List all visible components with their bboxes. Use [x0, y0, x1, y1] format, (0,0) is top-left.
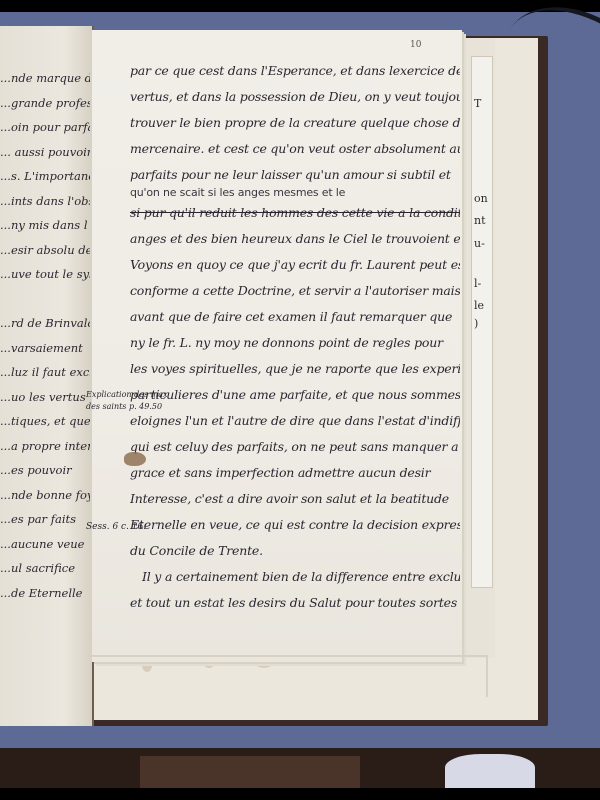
left-line: ...nde marque de	[0, 66, 90, 91]
left-line: ...oin pour parfai	[0, 115, 90, 140]
text-line: vertus, et dans la possession de Dieu, o…	[130, 84, 460, 110]
text-line-partly-struck: anges et des bien heureux dans le Ciel l…	[130, 226, 460, 252]
bottom-black-bar	[0, 788, 600, 800]
paragraph-start: Il y a certainement bien de la differenc…	[130, 564, 460, 590]
white-cloth	[445, 754, 535, 788]
left-line: ...es pouvoir	[0, 458, 90, 483]
left-line: ...ints dans l'obscu	[0, 189, 90, 214]
left-line: ...a propre interes	[0, 434, 90, 459]
right-page: 10 par ce que cest dans l'Esperance, et …	[92, 30, 462, 662]
slip-glyph: )	[474, 317, 478, 330]
text-line: du Concile de Trente.	[130, 538, 460, 564]
text-line: Interesse, c'est a dire avoir son salut …	[130, 486, 460, 512]
left-page-text: ...nde marque de ...grande profes ...oin…	[0, 66, 90, 605]
struck-text-line: si pur qu'il reduit les hommes des cette…	[130, 200, 460, 226]
left-line: ...tiques, et que dan	[0, 409, 90, 434]
slip-glyph: u-	[474, 237, 485, 250]
left-line: ...luz il faut exclu	[0, 360, 90, 385]
text-line: qui est celuy des parfaits, on ne peut s…	[130, 434, 460, 460]
inserted-slip: T on nt u- l- le )	[471, 56, 493, 588]
left-line: ...uo les vertus	[0, 385, 90, 410]
left-line: ...ny mis dans l	[0, 213, 90, 238]
leaf-edge	[463, 48, 464, 648]
slip-glyph: l-	[474, 277, 481, 290]
text-line: Eternelle en veue, ce qui est contre la …	[130, 512, 460, 538]
text-line: par ce que cest dans l'Esperance, et dan…	[130, 58, 460, 84]
text-line: grace et sans imperfection admettre aucu…	[130, 460, 460, 486]
table-edge	[0, 748, 600, 788]
text-line: avant que de faire cet examen il faut re…	[130, 304, 460, 330]
top-black-bar	[0, 0, 600, 12]
marginal-note: des saints p. 49.50	[86, 402, 162, 412]
text-line: particulieres d'une ame parfaite, et que…	[130, 382, 460, 408]
page-frame-edge	[88, 655, 488, 697]
text-line: les voyes spirituelles, que je ne raport…	[130, 356, 460, 382]
interlinear-insertion: qu'on ne scait si les anges mesmes et le	[130, 186, 460, 200]
text-line: ny le fr. L. ny moy ne donnons point de …	[130, 330, 460, 356]
text-line: et tout un estat les desirs du Salut pou…	[130, 590, 460, 616]
folio-number: 10	[410, 40, 421, 50]
left-line: ...de Eternelle	[0, 581, 90, 606]
left-line: ...grande profes	[0, 91, 90, 116]
text-line: eloignes l'un et l'autre de dire que dan…	[130, 408, 460, 434]
left-line: ...es par faits	[0, 507, 90, 532]
left-line	[0, 287, 90, 312]
wood-surface	[140, 756, 360, 788]
text-line: conforme a cette Doctrine, et servir a l…	[130, 278, 460, 304]
left-line: ...rd de Brinvalo	[0, 311, 90, 336]
manuscript-text: par ce que cest dans l'Esperance, et dan…	[130, 58, 460, 616]
left-line: ...nde bonne foy	[0, 483, 90, 508]
left-line: ...varsaiement	[0, 336, 90, 361]
left-line: ...aucune veue	[0, 532, 90, 557]
slip-glyph: T	[474, 97, 481, 110]
text-line: mercenaire. et cest ce qu'on veut oster …	[130, 136, 460, 162]
text-line: parfaits pour ne leur laisser qu'un amou…	[130, 162, 460, 188]
text-line: trouver le bien propre de la creature qu…	[130, 110, 460, 136]
marginal-citation: Sess. 6 c. 16.	[86, 522, 146, 532]
left-line: ...esir absolu de	[0, 238, 90, 263]
left-page: ...nde marque de ...grande profes ...oin…	[0, 26, 94, 726]
paragraph-start: Voyons en quoy ce que j'ay ecrit du fr. …	[130, 252, 460, 278]
left-line: ...s. L'importance	[0, 164, 90, 189]
slip-glyph: le	[474, 299, 484, 312]
slip-glyph: nt	[474, 214, 486, 227]
slip-glyph: on	[474, 192, 488, 205]
left-line: ... aussi pouvoir	[0, 140, 90, 165]
left-line: ...ul sacrifice	[0, 556, 90, 581]
marginal-note: Explication des max	[86, 390, 168, 400]
left-line: ...uve tout le syste	[0, 262, 90, 287]
ink-stain	[124, 452, 146, 466]
